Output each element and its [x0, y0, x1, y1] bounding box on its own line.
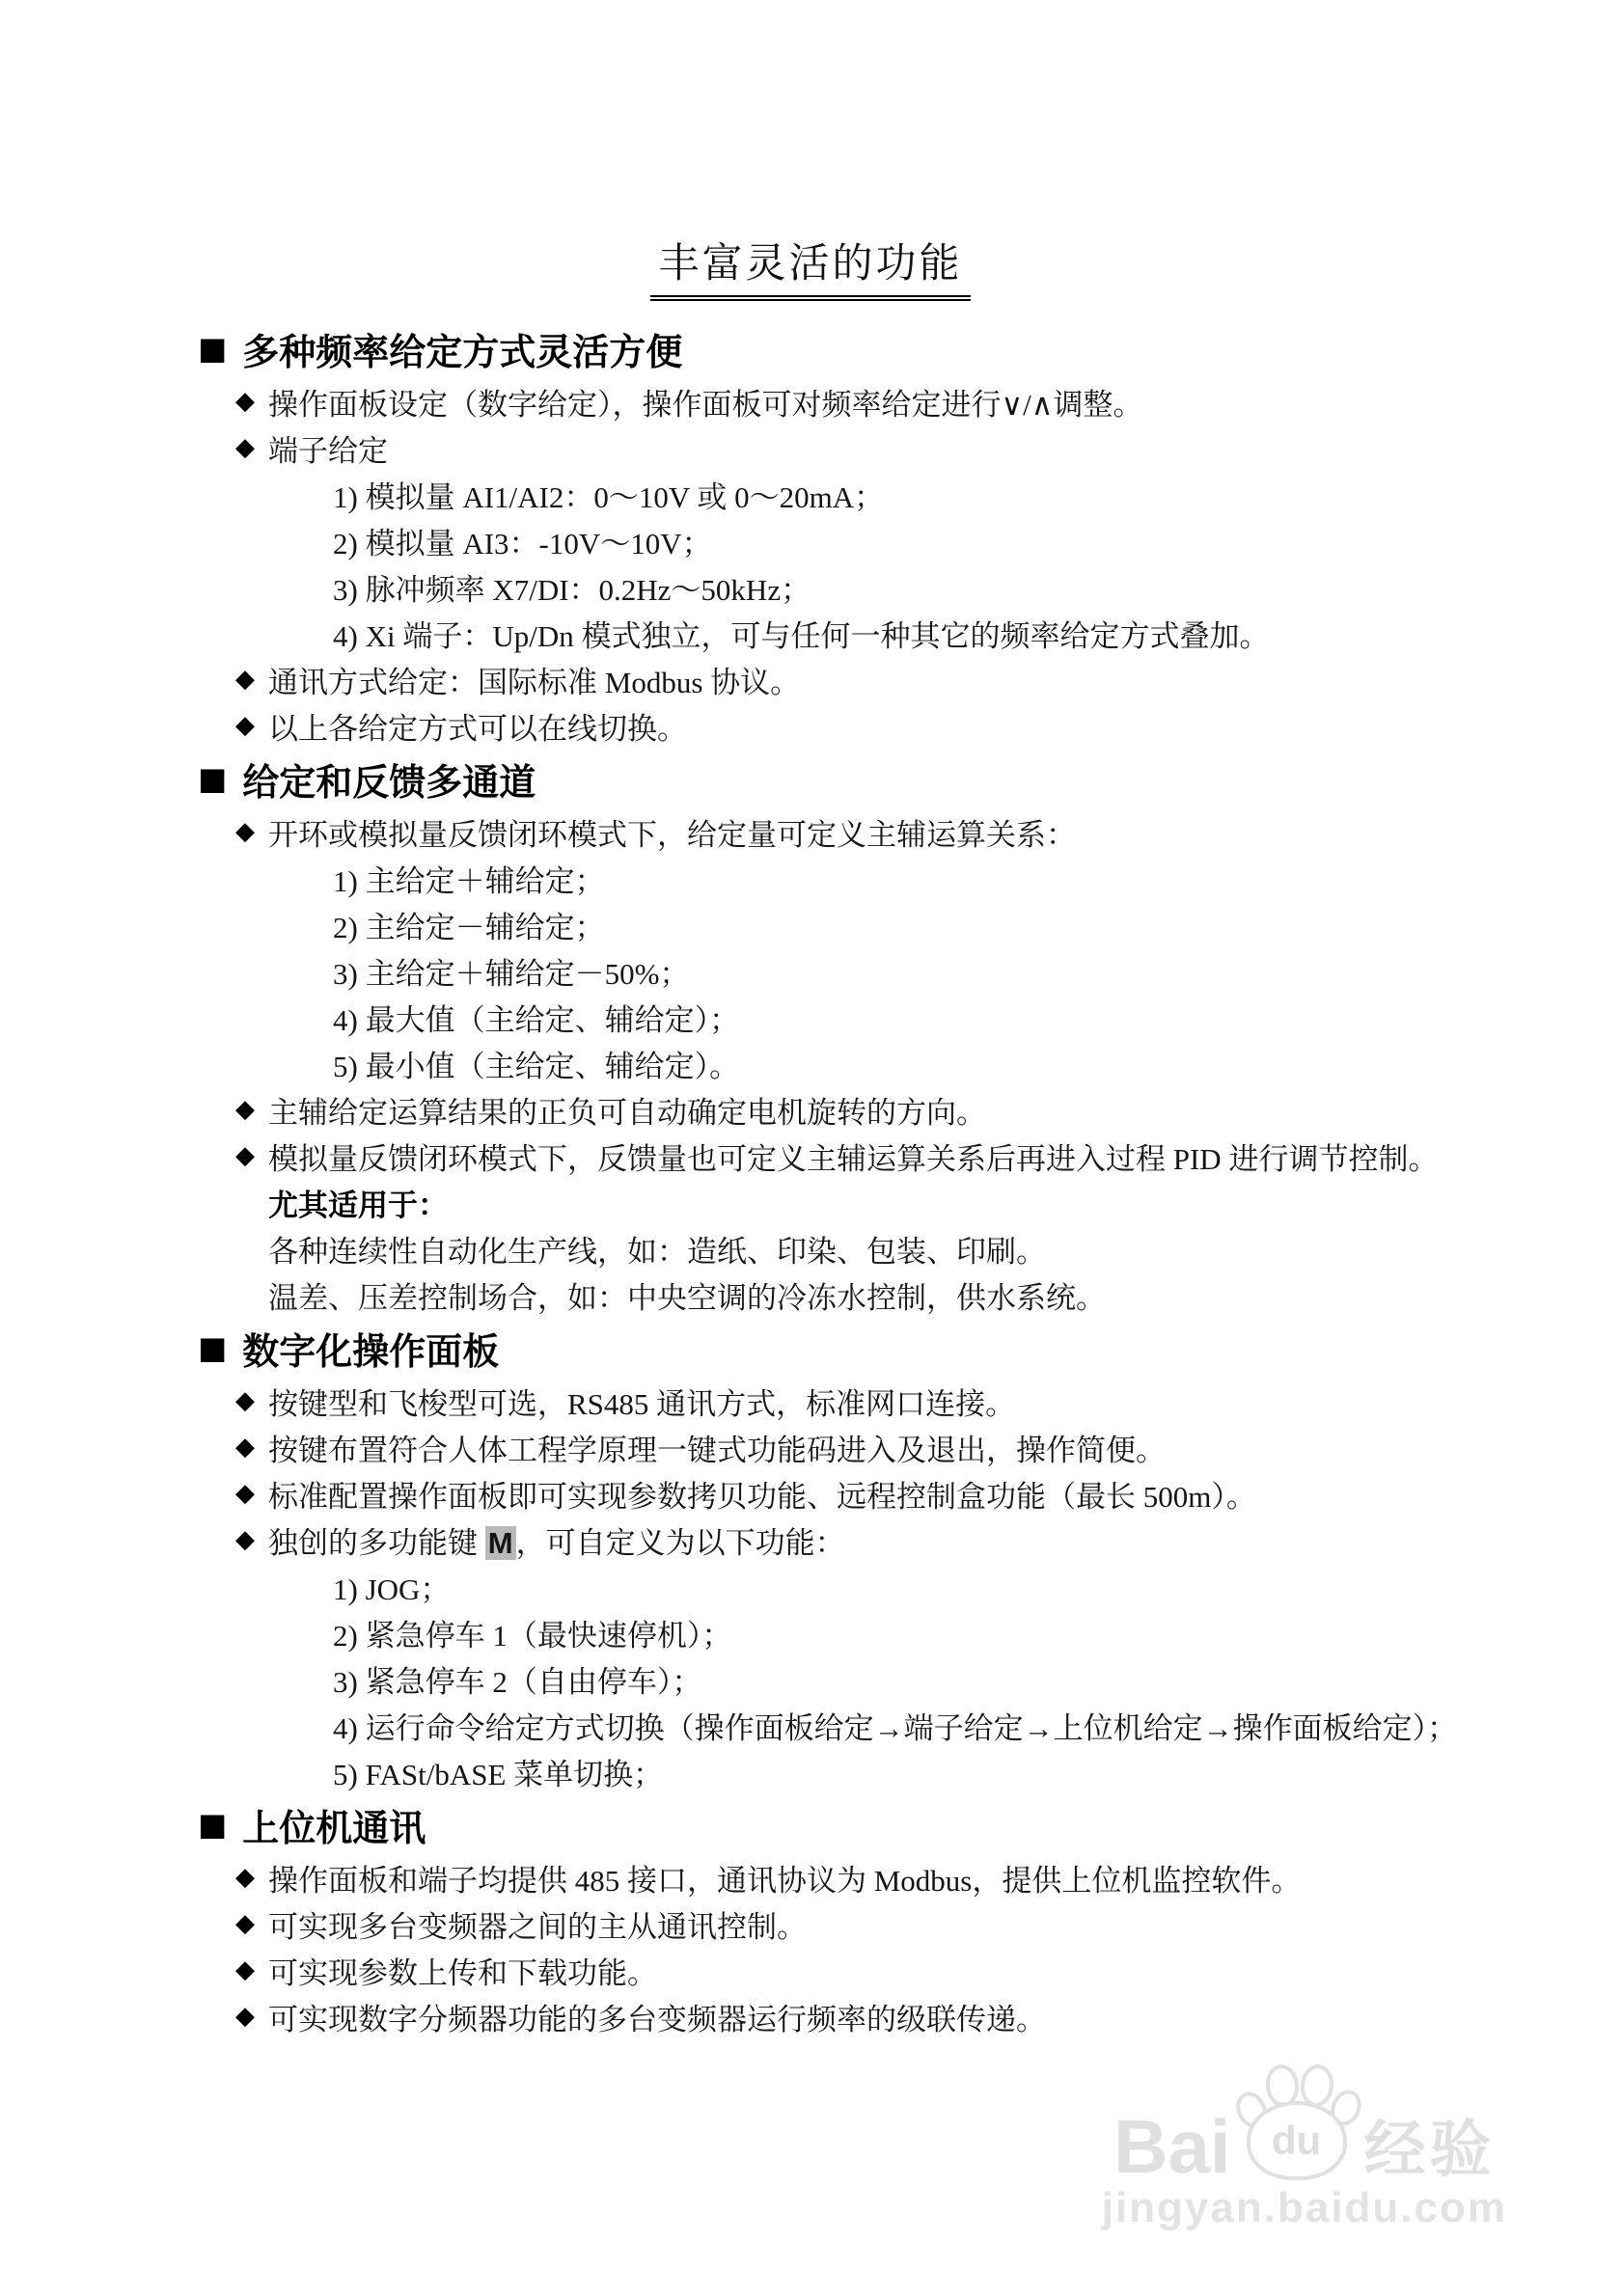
square-bullet-icon: ■ [198, 1332, 227, 1363]
numbered-item: 5) FASt/bASE 菜单切换； [198, 1748, 1578, 1794]
section-heading-frequency-modes: ■ 多种频率给定方式灵活方便 [198, 324, 1578, 372]
list-item-text: 标准配置操作面板即可实现参数拷贝功能、远程控制盒功能（最长 500m）。 [268, 1472, 1256, 1516]
baidu-logo-jingyan: 经验 [1364, 2118, 1496, 2180]
numbered-item-text: 4) Xi 端子：Up/Dn 模式独立，可与任何一种其它的频率给定方式叠加。 [333, 612, 1269, 655]
paragraph: 各种连续性自动化生产线，如：造纸、印染、包装、印刷。 [198, 1225, 1578, 1271]
list-item-multifunction-key: ◆ 独创的多功能键 M，可自定义为以下功能： [198, 1517, 1578, 1563]
list-item: ◆ 按键型和飞梭型可选，RS485 通讯方式，标准网口连接。 [198, 1378, 1578, 1424]
list-item: ◆ 操作面板设定（数字给定），操作面板可对频率给定进行∨/∧调整。 [198, 378, 1578, 424]
paragraph-text: 各种连续性自动化生产线，如：造纸、印染、包装、印刷。 [268, 1227, 1046, 1271]
baidu-paw-icon: du [1239, 2066, 1357, 2180]
numbered-item: 2) 模拟量 AI3：-10V～10V； [198, 517, 1578, 563]
numbered-item: 4) 运行命令给定方式切换（操作面板给定→端子给定→上位机给定→操作面板给定）； [198, 1702, 1578, 1748]
paragraph-text: 温差、压差控制场合，如：中央空调的冷冻水控制，供水系统。 [268, 1273, 1106, 1317]
baidu-logo: Bai du 经验 [1102, 2066, 1507, 2180]
diamond-bullet-icon: ◆ [235, 1143, 268, 1168]
numbered-item-text: 3) 脉冲频率 X7/DI：0.2Hz～50kHz； [333, 565, 810, 609]
list-item: ◆ 操作面板和端子均提供 485 接口，通讯协议为 Modbus，提供上位机监控… [198, 1854, 1578, 1900]
numbered-item-text: 4) 运行命令给定方式切换（操作面板给定→端子给定→上位机给定→操作面板给定）； [333, 1704, 1457, 1747]
numbered-item: 3) 紧急停车 2（自由停车）； [198, 1655, 1578, 1702]
section-heading-text: 数字化操作面板 [242, 1322, 499, 1375]
square-bullet-icon: ■ [198, 333, 227, 364]
text-segment: ，可自定义为以下功能： [516, 1526, 845, 1560]
diamond-bullet-icon: ◆ [235, 1388, 268, 1413]
square-bullet-icon: ■ [198, 1809, 227, 1840]
list-item: ◆ 模拟量反馈闭环模式下，反馈量也可定义主辅运算关系后再进入过程 PID 进行调… [198, 1133, 1578, 1179]
list-item: ◆ 可实现多台变频器之间的主从通讯控制。 [198, 1900, 1578, 1947]
diamond-bullet-icon: ◆ [235, 389, 268, 414]
list-item: ◆ 主辅给定运算结果的正负可自动确定电机旋转的方向。 [198, 1086, 1578, 1133]
list-item-text: 操作面板设定（数字给定），操作面板可对频率给定进行∨/∧调整。 [268, 380, 1143, 424]
list-item-text: 模拟量反馈闭环模式下，反馈量也可定义主辅运算关系后再进入过程 PID 进行调节控… [268, 1134, 1438, 1178]
section-heading-reference-feedback: ■ 给定和反馈多通道 [198, 754, 1578, 803]
numbered-item: 4) 最大值（主给定、辅给定）； [198, 994, 1578, 1040]
paragraph-text: 尤其适用于： [268, 1181, 448, 1224]
document-page: 丰富灵活的功能 ■ 多种频率给定方式灵活方便 ◆ 操作面板设定（数字给定），操作… [0, 0, 1621, 2296]
diamond-bullet-icon: ◆ [235, 1911, 268, 1936]
numbered-item-text: 3) 主给定＋辅给定－50%； [333, 949, 689, 993]
paw-pad: du [1247, 2101, 1347, 2180]
diamond-bullet-icon: ◆ [235, 1865, 268, 1890]
section-heading-text: 给定和反馈多通道 [242, 752, 536, 806]
list-item-text: 独创的多功能键 M，可自定义为以下功能： [268, 1518, 845, 1562]
list-item-text: 操作面板和端子均提供 485 接口，通讯协议为 Modbus，提供上位机监控软件… [268, 1856, 1301, 1900]
list-item-text: 主辅给定运算结果的正负可自动确定电机旋转的方向。 [268, 1088, 986, 1132]
section-heading-host-communication: ■ 上位机通讯 [198, 1800, 1578, 1848]
page-title-text: 丰富灵活的功能 [650, 232, 970, 301]
section-heading-digital-panel: ■ 数字化操作面板 [198, 1324, 1578, 1372]
numbered-item-text: 3) 紧急停车 2（自由停车）； [333, 1657, 701, 1701]
numbered-item: 1) JOG； [198, 1563, 1578, 1609]
list-item: ◆ 可实现数字分频器功能的多台变频器运行频率的级联传递。 [198, 1993, 1578, 2039]
list-item-text: 以上各给定方式可以在线切换。 [268, 704, 687, 748]
diamond-bullet-icon: ◆ [235, 1435, 268, 1460]
diamond-bullet-icon: ◆ [235, 1097, 268, 1122]
numbered-item-text: 5) FASt/bASE 菜单切换； [333, 1750, 663, 1793]
list-item: ◆ 按键布置符合人体工程学原理一键式功能码进入及退出，操作简便。 [198, 1424, 1578, 1470]
numbered-item-text: 2) 主给定－辅给定； [333, 903, 605, 946]
numbered-item-text: 1) 主给定＋辅给定； [333, 857, 605, 900]
numbered-item: 2) 主给定－辅给定； [198, 901, 1578, 947]
paragraph-emphasis: 尤其适用于： [198, 1179, 1578, 1225]
list-item: ◆ 端子给定 [198, 424, 1578, 471]
list-item-text: 开环或模拟量反馈闭环模式下，给定量可定义主辅运算关系： [268, 810, 1076, 854]
list-item-text: 按键布置符合人体工程学原理一键式功能码进入及退出，操作简便。 [268, 1426, 1166, 1469]
numbered-item-text: 1) 模拟量 AI1/AI2：0～10V 或 0～20mA； [333, 473, 884, 516]
diamond-bullet-icon: ◆ [235, 667, 268, 692]
list-item-text: 端子给定 [268, 426, 388, 470]
section-heading-text: 多种频率给定方式灵活方便 [242, 322, 682, 375]
numbered-item: 2) 紧急停车 1（最快速停机）； [198, 1609, 1578, 1655]
watermark-url: jingyan.baidu.com [1102, 2184, 1507, 2232]
text-segment: 独创的多功能键 [268, 1526, 485, 1560]
diamond-bullet-icon: ◆ [235, 1957, 268, 1982]
paragraph: 温差、压差控制场合，如：中央空调的冷冻水控制，供水系统。 [198, 1271, 1578, 1318]
diamond-bullet-icon: ◆ [235, 713, 268, 738]
numbered-item: 5) 最小值（主给定、辅给定）。 [198, 1040, 1578, 1086]
diamond-bullet-icon: ◆ [235, 1527, 268, 1552]
numbered-item-text: 2) 模拟量 AI3：-10V～10V； [333, 519, 712, 562]
page-title: 丰富灵活的功能 [0, 232, 1621, 301]
list-item: ◆ 以上各给定方式可以在线切换。 [198, 702, 1578, 749]
numbered-item-text: 1) JOG； [333, 1565, 450, 1608]
document-content: ■ 多种频率给定方式灵活方便 ◆ 操作面板设定（数字给定），操作面板可对频率给定… [198, 318, 1578, 2039]
square-bullet-icon: ■ [198, 763, 227, 794]
numbered-item: 1) 主给定＋辅给定； [198, 855, 1578, 901]
list-item-text: 可实现数字分频器功能的多台变频器运行频率的级联传递。 [268, 1995, 1046, 2038]
m-key-highlight: M [485, 1526, 516, 1560]
numbered-item: 1) 模拟量 AI1/AI2：0～10V 或 0～20mA； [198, 471, 1578, 517]
numbered-item: 3) 脉冲频率 X7/DI：0.2Hz～50kHz； [198, 563, 1578, 610]
diamond-bullet-icon: ◆ [235, 819, 268, 844]
numbered-item: 4) Xi 端子：Up/Dn 模式独立，可与任何一种其它的频率给定方式叠加。 [198, 610, 1578, 656]
numbered-item-text: 2) 紧急停车 1（最快速停机）； [333, 1611, 731, 1654]
numbered-item: 3) 主给定＋辅给定－50%； [198, 947, 1578, 994]
section-heading-text: 上位机通讯 [242, 1798, 426, 1851]
diamond-bullet-icon: ◆ [235, 1481, 268, 1506]
diamond-bullet-icon: ◆ [235, 2004, 268, 2029]
numbered-item-text: 5) 最小值（主给定、辅给定）。 [333, 1042, 739, 1085]
list-item: ◆ 通讯方式给定：国际标准 Modbus 协议。 [198, 656, 1578, 702]
list-item-text: 可实现多台变频器之间的主从通讯控制。 [268, 1902, 807, 1946]
list-item-text: 通讯方式给定：国际标准 Modbus 协议。 [268, 658, 800, 701]
list-item: ◆ 标准配置操作面板即可实现参数拷贝功能、远程控制盒功能（最长 500m）。 [198, 1470, 1578, 1517]
list-item: ◆ 开环或模拟量反馈闭环模式下，给定量可定义主辅运算关系： [198, 808, 1578, 855]
numbered-item-text: 4) 最大值（主给定、辅给定）； [333, 996, 739, 1039]
list-item: ◆ 可实现参数上传和下载功能。 [198, 1947, 1578, 1993]
baidu-jingyan-watermark: Bai du 经验 jingyan.baidu.com [1102, 2066, 1507, 2232]
list-item-text: 按键型和飞梭型可选，RS485 通讯方式，标准网口连接。 [268, 1380, 1015, 1423]
baidu-logo-bai: Bai [1113, 2113, 1230, 2180]
list-item-text: 可实现参数上传和下载功能。 [268, 1949, 657, 1992]
diamond-bullet-icon: ◆ [235, 435, 268, 460]
